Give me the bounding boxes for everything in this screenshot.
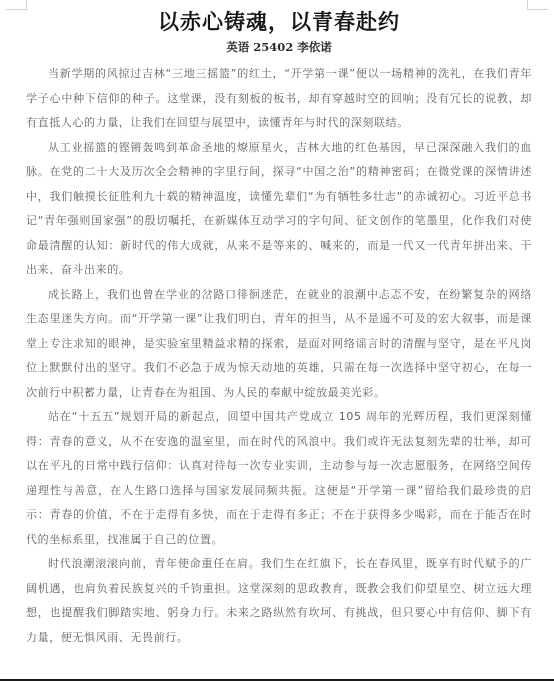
paragraph: 站在“十五五”规划开局的新起点，回望中国共产党成立 105 周年的光辉历程，我们… xyxy=(26,405,532,552)
document-body: 当新学期的风掠过吉林“三地三摇篮”的红土，“开学第一课”便以一场精神的洗礼，在我… xyxy=(26,62,532,650)
paragraph: 从工业摇篮的铿锵轰鸣到革命圣地的燎原星火，吉林大地的红色基因，早已深深融入我们的… xyxy=(26,136,532,283)
page-corner-mark-top-left xyxy=(6,0,27,10)
document-title: 以赤心铸魂，以青春赴约 xyxy=(26,8,532,36)
paragraph: 当新学期的风掠过吉林“三地三摇篮”的红土，“开学第一课”便以一场精神的洗礼，在我… xyxy=(26,62,532,136)
document-page: 以赤心铸魂，以青春赴约 英语 25402 李依诺 当新学期的风掠过吉林“三地三摇… xyxy=(26,8,532,650)
author-line: 英语 25402 李依诺 xyxy=(26,38,532,56)
paragraph: 时代浪潮滚滚向前，青年使命重任在肩。我们生在红旗下，长在春风里，既享有时代赋予的… xyxy=(26,552,532,650)
paragraph: 成长路上，我们也曾在学业的岔路口徘徊迷茫，在就业的浪潮中忐忑不安，在纷繁复杂的网… xyxy=(26,283,532,406)
